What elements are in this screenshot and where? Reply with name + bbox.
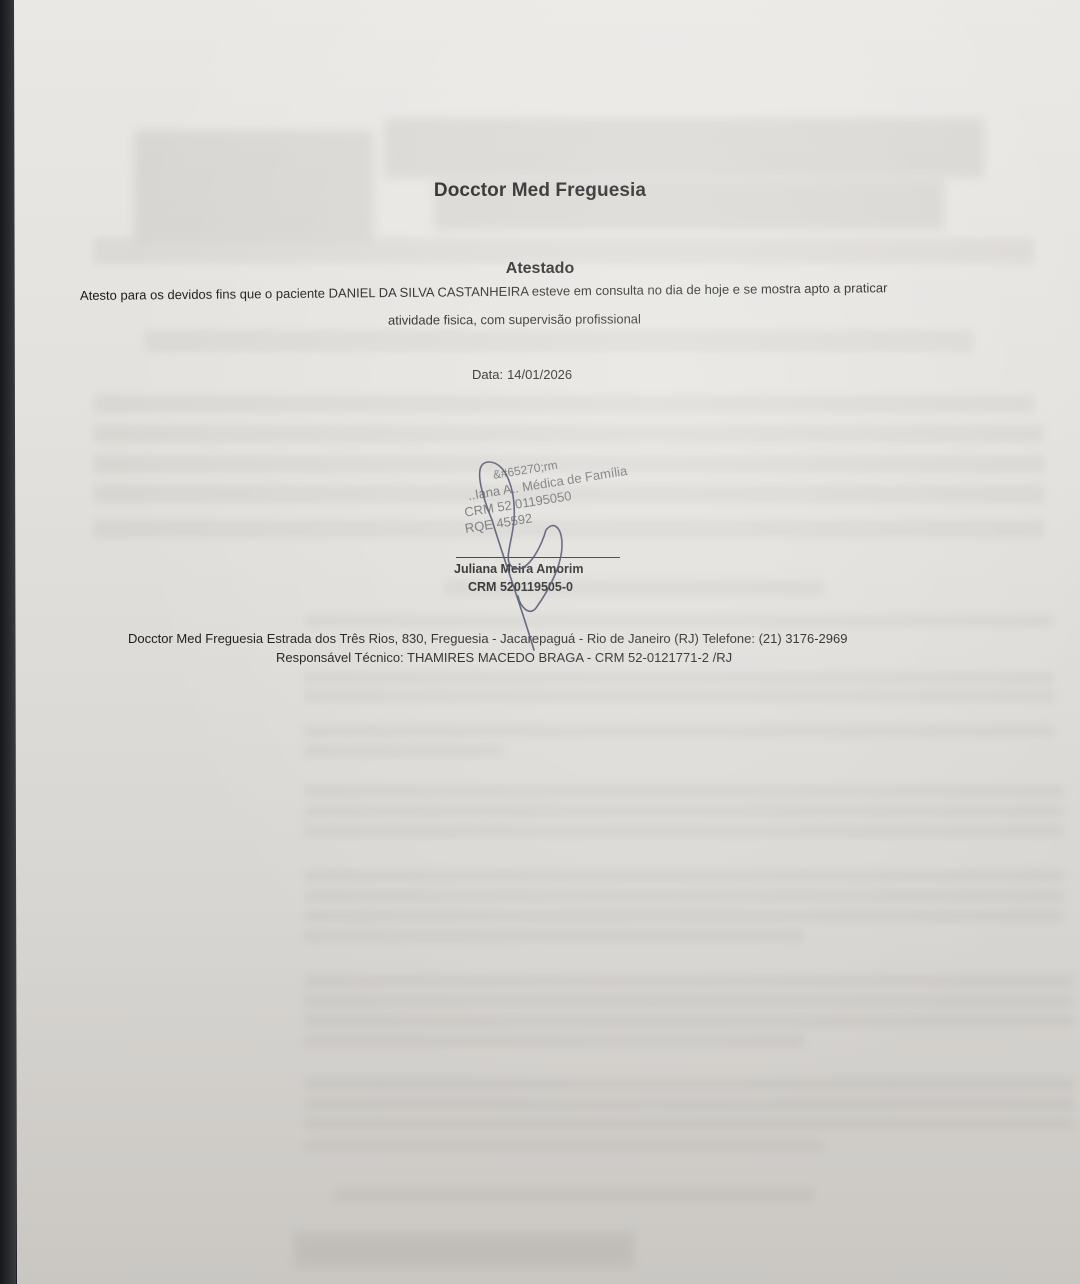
responsible-technician: Responsável Técnico: THAMIRES MACEDO BRA… [276,650,732,665]
bleed-through-line [304,672,1054,684]
clinic-name: Docctor Med Freguesia [14,180,1066,202]
bleed-through-line [304,910,1064,922]
bleed-through-line [304,690,1054,702]
bleed-through-line [304,805,1064,817]
bleed-through-line [304,890,1064,902]
certificate-date: Data:14/01/2026 [472,367,572,382]
bleed-through-line [304,1078,1074,1090]
bleed-through-title [384,118,984,178]
bleed-through-signature [294,1232,634,1268]
certificate-page: Docctor Med Freguesia Atestado Atesto pa… [14,0,1080,1284]
bleed-through-line [304,615,1054,627]
bleed-through-line [304,930,804,942]
desk-edge [0,0,16,1284]
clinic-address: Docctor Med Freguesia Estrada dos Três R… [128,631,847,646]
bleed-through-line [304,825,1064,837]
bleed-through-line [144,330,974,352]
bleed-through-line [304,785,1064,797]
bleed-through-line [304,975,1074,987]
bleed-through-line [304,1015,1074,1027]
bleed-through-line [304,725,1054,737]
bleed-through-line [94,425,1044,443]
bleed-through-line [304,870,1064,882]
date-value: 14/01/2026 [507,367,572,382]
signer-crm: CRM 520119505-0 [468,580,573,594]
bleed-through-line [304,1140,824,1152]
signature-line [456,557,620,558]
certificate-body-line-2: atividade fisica, com supervisão profiss… [388,311,641,327]
bleed-through-line [94,395,1034,413]
signer-name: Juliana Meira Amorim [454,562,583,576]
bleed-through-line [304,745,504,757]
bleed-through-line [304,1118,1074,1130]
bleed-through-line [334,1188,814,1202]
bleed-through-line [304,995,1074,1007]
bleed-through-line [304,1035,804,1047]
certificate-body-line-1: Atesto para os devidos fins que o pacien… [80,280,888,303]
document-heading: Atestado [14,260,1066,278]
bleed-through-line [304,1098,1074,1110]
date-label: Data: [472,367,503,382]
